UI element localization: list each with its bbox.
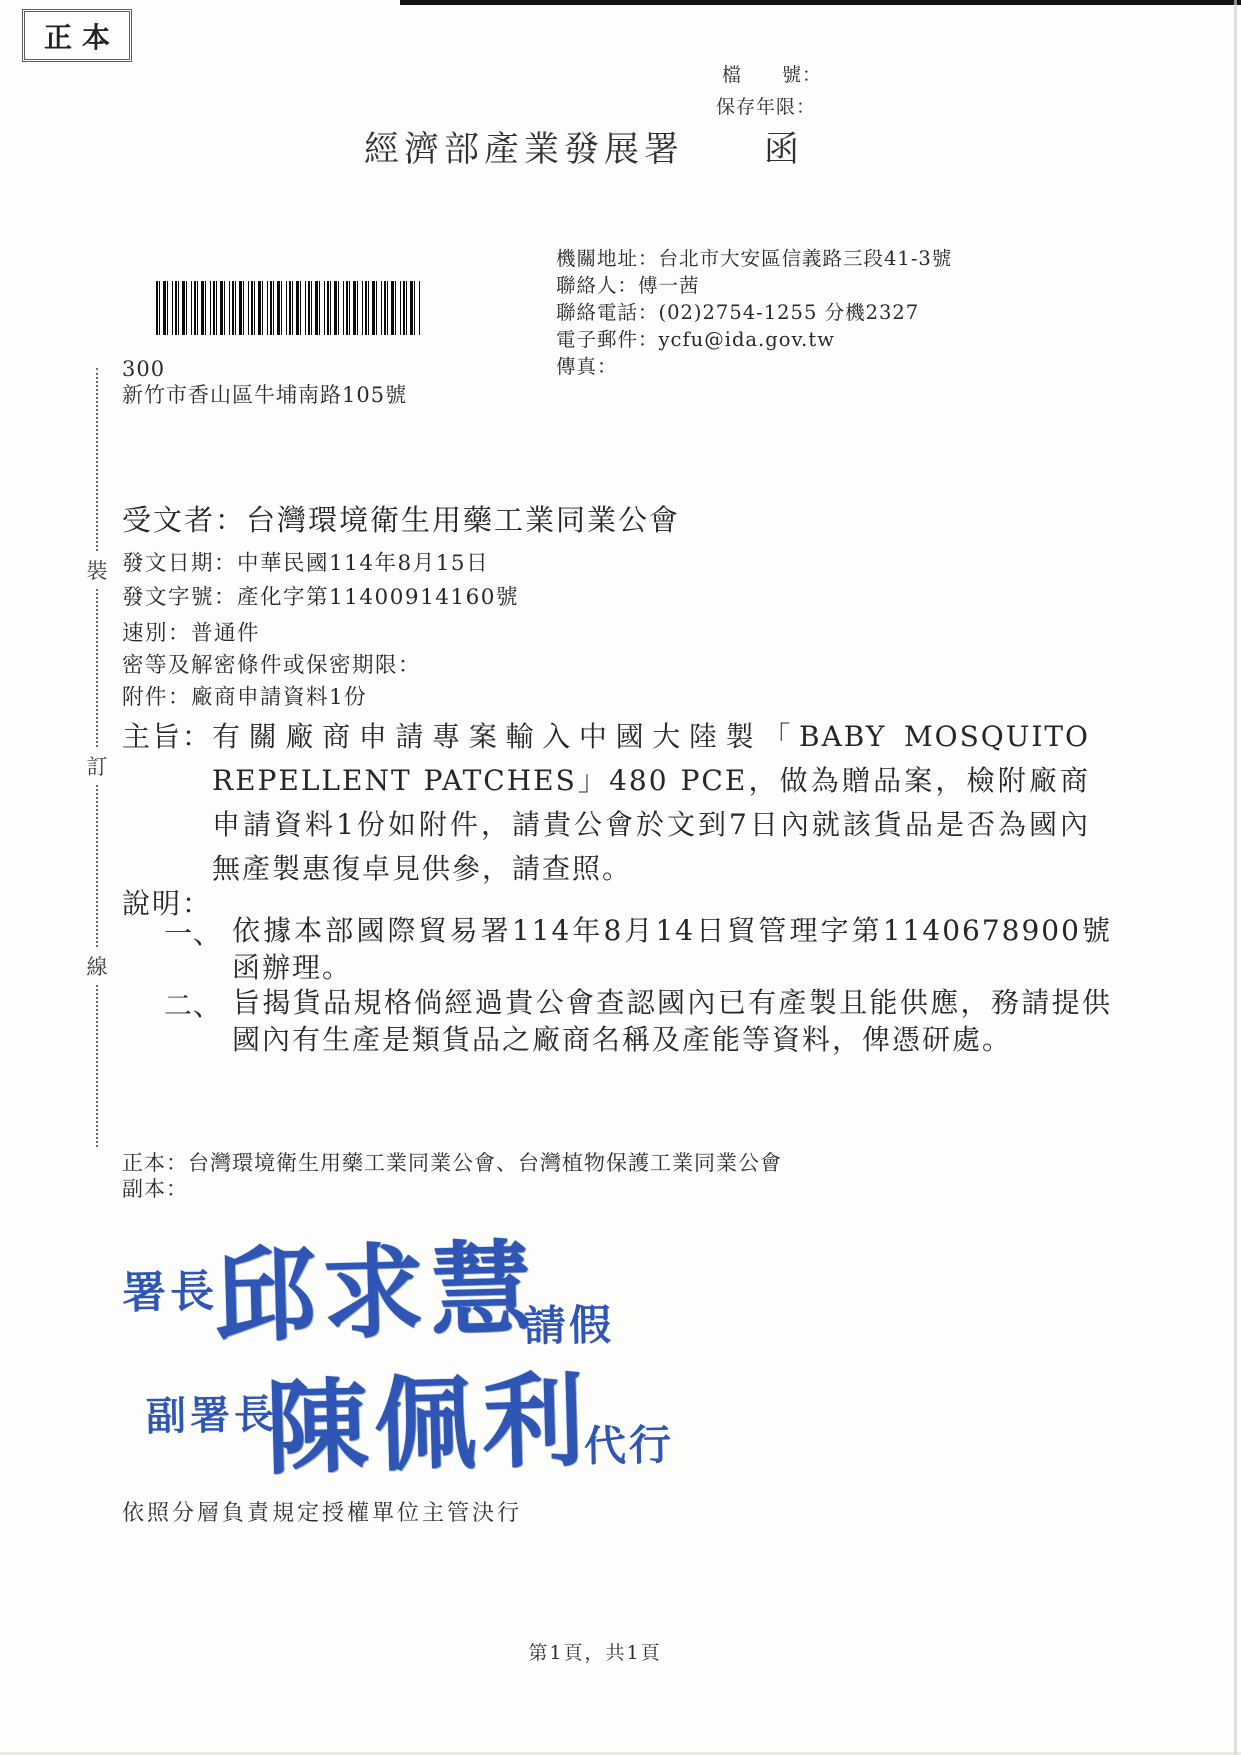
barcode [156,281,422,335]
explanation-item-2: 二、 旨揭貨品規格倘經過貴公會查認國內已有產製且能供應，務請提供國內有生產是類貨… [164,984,1124,1058]
explanation-item-2-text: 旨揭貨品規格倘經過貴公會查認國內已有產製且能供應，務請提供國內有生產是類貨品之廠… [232,984,1112,1058]
director-general-title-stamp: 署長 [121,1255,218,1321]
explanation-item-2-no: 二、 [164,984,232,1024]
copy-type-stamp: 正本 [22,9,132,62]
authorization-note: 依照分層負責規定授權單位主管決行 [122,1496,522,1527]
archive-file-no-label: 檔 號： [722,60,822,87]
subject-block: 主旨： 有關廠商申請專案輸入中國大陸製「BABY MOSQUITO REPELL… [122,715,1122,891]
sender-info-block: 機關地址：台北市大安區信義路三段41-3號 聯絡人：傅一茜 聯絡電話：(02)2… [556,245,952,380]
recipient-line: 受文者：台灣環境衛生用藥工業同業公會 [122,498,680,539]
binding-mark-zhuang: 裝 [83,552,111,588]
distribution-copy: 副本： [122,1176,782,1202]
archive-retention-label: 保存年限： [716,92,816,119]
subject-text: 有關廠商申請專案輸入中國大陸製「BABY MOSQUITO REPELLENT … [212,715,1090,891]
recipient-postal-block: 300 新竹市香山區牛埔南路105號 [122,356,407,408]
security-class: 密等及解密條件或保密期限： [122,648,421,679]
director-general-name-stamp: 邱求慧 [212,1208,540,1362]
scan-artifact-top [400,0,1241,5]
recipient-label: 受文者： [122,503,246,537]
speed-class: 速別：普通件 [122,616,260,647]
binding-mark-ding: 訂 [83,748,111,784]
explanation-item-1: 一、 依據本部國際貿易署114年8月14日貿管理字第1140678900號函辦理… [164,912,1124,986]
recipient-zip: 300 [122,356,407,382]
doc-number: 發文字號：產化字第11400914160號 [122,580,519,611]
subject-label: 主旨： [122,715,212,755]
official-letter-page: 正本 檔 號： 保存年限： 經濟部產業發展署 函 機關地址：台北市大安區信義路三… [0,0,1241,1755]
explanation-item-1-text: 依據本部國際貿易署114年8月14日貿管理字第1140678900號函辦理。 [232,912,1112,986]
binding-mark-xian: 線 [83,948,111,984]
explanation-item-1-no: 一、 [164,912,232,952]
distribution-block: 正本：台灣環境衛生用藥工業同業公會、台灣植物保護工業同業公會 副本： [122,1150,782,1202]
scan-artifact-right [1234,0,1237,1755]
distribution-original: 正本：台灣環境衛生用藥工業同業公會、台灣植物保護工業同業公會 [122,1150,782,1176]
page-number-footer: 第1頁，共1頁 [0,1638,1190,1665]
recipient-street-address: 新竹市香山區牛埔南路105號 [122,382,407,408]
sender-contact-person: 聯絡人：傅一茜 [556,272,952,299]
issue-date: 發文日期：中華民國114年8月15日 [122,546,489,577]
sender-fax: 傳真： [556,353,952,380]
document-title: 經濟部產業發展署 函 [364,122,804,172]
deputy-director-name-stamp: 陳佩利 [264,1340,592,1494]
sender-address: 機關地址：台北市大安區信義路三段41-3號 [556,245,952,272]
sender-phone: 聯絡電話：(02)2754-1255 分機2327 [556,299,952,326]
deputy-director-status-stamp: 代行 [583,1412,674,1474]
sender-email: 電子郵件：ycfu@ida.gov.tw [556,326,952,353]
deputy-director-title-stamp: 副署長 [146,1383,279,1442]
recipient-value: 台灣環境衛生用藥工業同業公會 [246,503,680,537]
attachment-note: 附件：廠商申請資料1份 [122,680,367,711]
copy-type-label: 正本 [44,16,120,56]
